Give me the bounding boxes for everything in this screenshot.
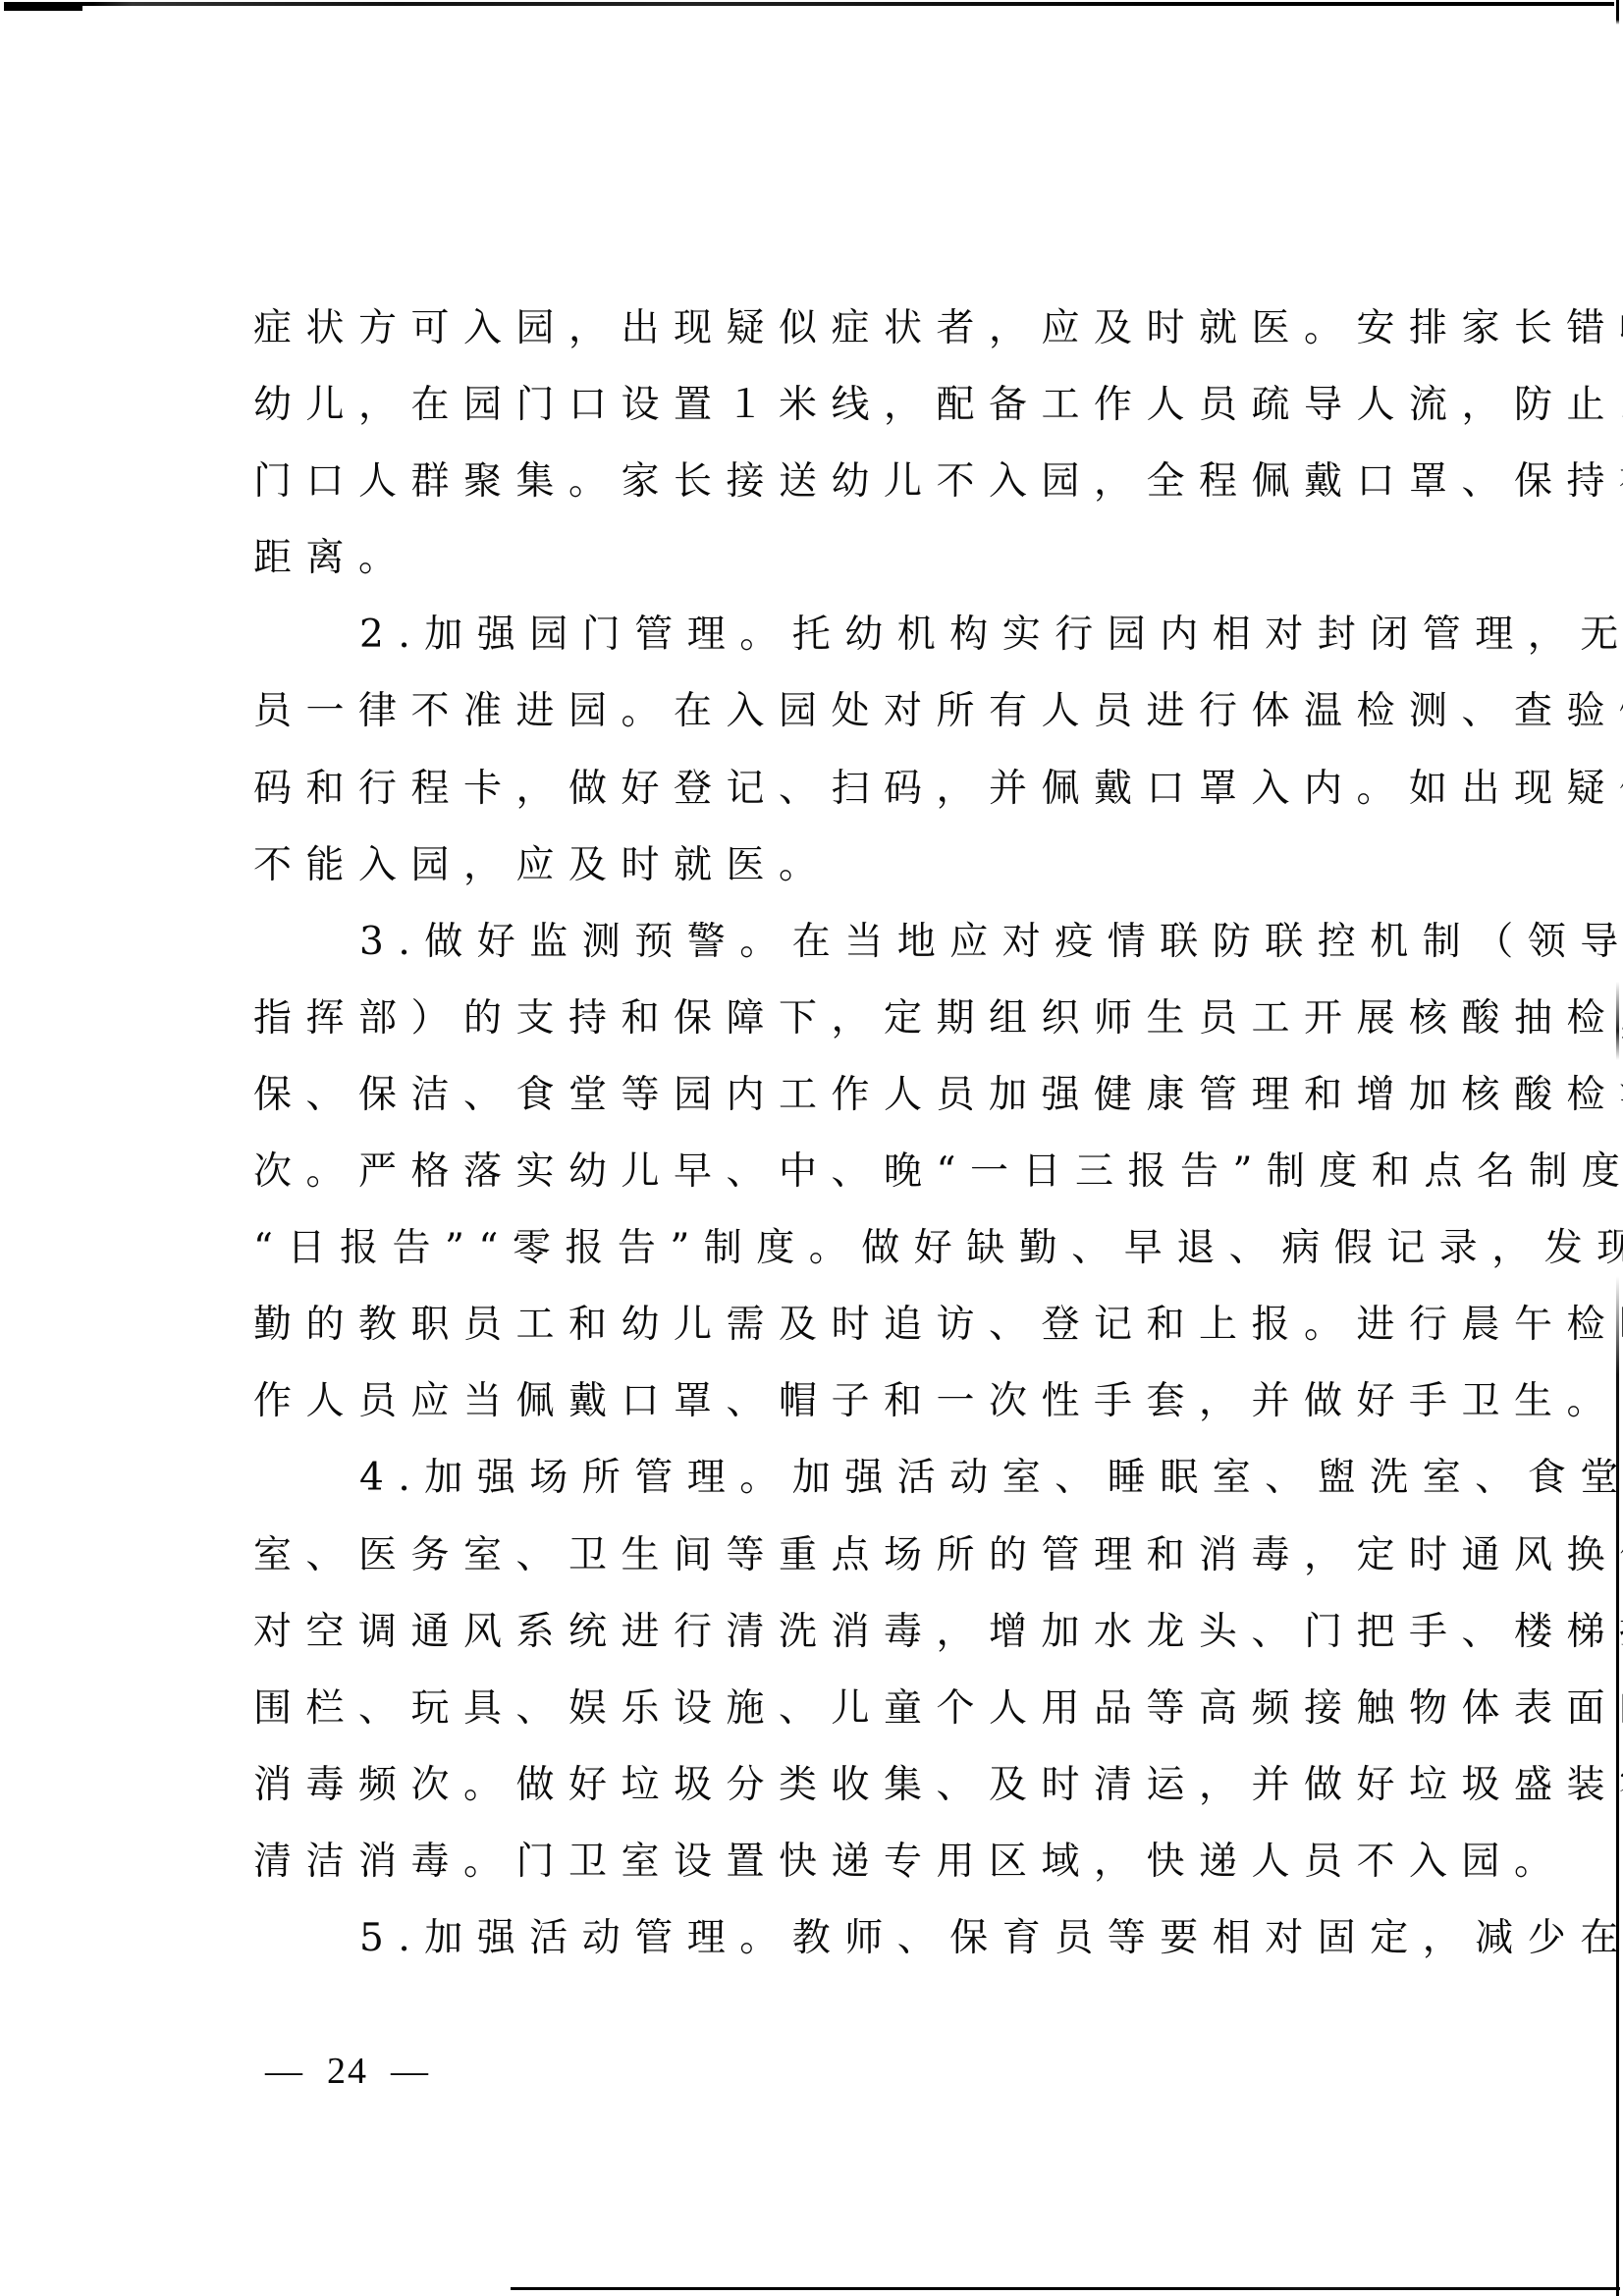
text-line: 不能入园，应及时就医。 <box>253 828 1465 904</box>
text-line: 勤的教职员工和幼儿需及时追访、登记和上报。进行晨午检时，工 <box>253 1287 1465 1363</box>
paragraph-2-gate-management: 2.加强园门管理。托幼机构实行园内相对封闭管理，无关人 员一律不准进园。在入园处… <box>253 597 1465 903</box>
text-line: 5.加强活动管理。教师、保育员等要相对固定，减少在不同群 <box>253 1900 1465 1977</box>
paragraph-continuation: 症状方可入园，出现疑似症状者，应及时就医。安排家长错峰接送 幼儿，在园门口设置１… <box>253 291 1465 597</box>
text-line: 症状方可入园，出现疑似症状者，应及时就医。安排家长错峰接送 <box>253 291 1465 367</box>
text-line: 4.加强场所管理。加强活动室、睡眠室、盥洗室、食堂、办公 <box>253 1440 1465 1517</box>
paragraph-3-monitoring: 3.做好监测预警。在当地应对疫情联防联控机制（领导小组、 指挥部）的支持和保障下… <box>253 904 1465 1441</box>
scan-edge-corner <box>4 2 82 11</box>
text-line: 室、医务室、卫生间等重点场所的管理和消毒，定时通风换气，定期 <box>253 1518 1465 1594</box>
text-line: 2.加强园门管理。托幼机构实行园内相对封闭管理，无关人 <box>253 597 1465 673</box>
text-line: 对空调通风系统进行清洗消毒，增加水龙头、门把手、楼梯扶手、床 <box>253 1594 1465 1671</box>
text-line: 幼儿，在园门口设置１米线，配备工作人员疏导人流，防止出现园 <box>253 367 1465 444</box>
text-line: 保、保洁、食堂等园内工作人员加强健康管理和增加核酸检测频 <box>253 1057 1465 1134</box>
paragraph-5-activity-management: 5.加强活动管理。教师、保育员等要相对固定，减少在不同群 <box>253 1900 1465 1977</box>
text-line: 距离。 <box>253 520 1465 597</box>
scan-edge-bottom <box>511 2287 1620 2290</box>
body-text: 症状方可入园，出现疑似症状者，应及时就医。安排家长错峰接送 幼儿，在园门口设置１… <box>253 291 1465 1977</box>
text-line: 次。严格落实幼儿早、中、晚“一日三报告”制度和点名制度，实行 <box>253 1134 1465 1210</box>
scan-edge-top <box>4 2 1614 6</box>
text-line: 码和行程卡，做好登记、扫码，并佩戴口罩入内。如出现疑似症状， <box>253 751 1465 828</box>
text-line: 员一律不准进园。在入园处对所有人员进行体温检测、查验健康 <box>253 673 1465 750</box>
text-line: 作人员应当佩戴口罩、帽子和一次性手套，并做好手卫生。 <box>253 1363 1465 1440</box>
text-line: 清洁消毒。门卫室设置快递专用区域，快递人员不入园。 <box>253 1824 1465 1900</box>
text-line: 门口人群聚集。家长接送幼儿不入园，全程佩戴口罩、保持社交 <box>253 444 1465 520</box>
paragraph-4-venue-management: 4.加强场所管理。加强活动室、睡眠室、盥洗室、食堂、办公 室、医务室、卫生间等重… <box>253 1440 1465 1900</box>
text-line: “日报告”“零报告”制度。做好缺勤、早退、病假记录，发现因病缺 <box>253 1210 1465 1287</box>
document-page: 症状方可入园，出现疑似症状者，应及时就医。安排家长错峰接送 幼儿，在园门口设置１… <box>0 0 1623 2296</box>
text-line: 指挥部）的支持和保障下，定期组织师生员工开展核酸抽检，对安 <box>253 981 1465 1057</box>
page-number: — 24 — <box>265 2050 430 2093</box>
text-line: 3.做好监测预警。在当地应对疫情联防联控机制（领导小组、 <box>253 904 1465 981</box>
text-line: 围栏、玩具、娱乐设施、儿童个人用品等高频接触物体表面的清洁 <box>253 1671 1465 1747</box>
text-line: 消毒频次。做好垃圾分类收集、及时清运，并做好垃圾盛装容器的 <box>253 1747 1465 1824</box>
